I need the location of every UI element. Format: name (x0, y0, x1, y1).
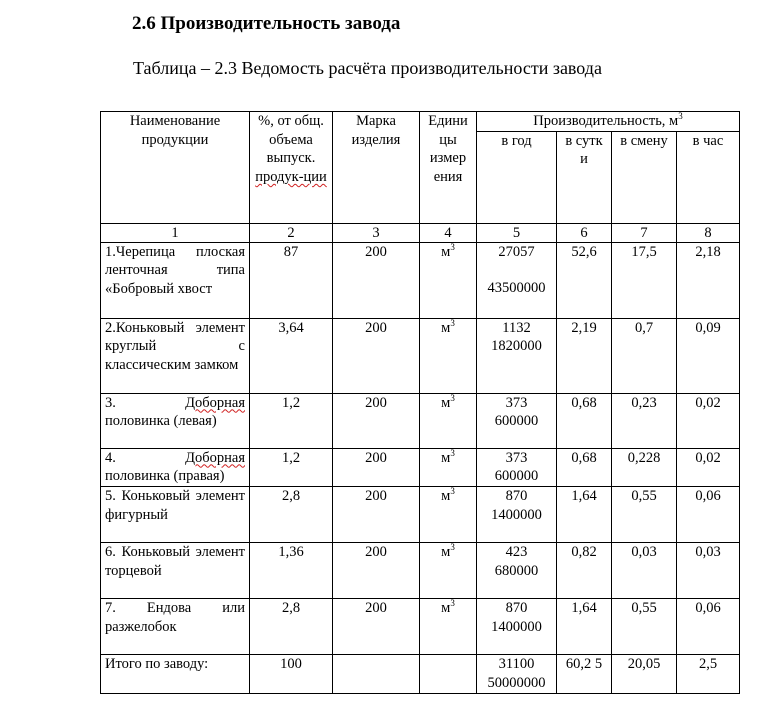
per-year-cell: 373600000 (477, 448, 557, 486)
product-name: 1.Черепица плоская ленточная типа «Бобро… (101, 242, 250, 318)
per-day-cell: 0,68 (557, 393, 612, 448)
column-number: 4 (420, 223, 477, 242)
unit-cell: м3 (420, 543, 477, 599)
table-caption: Таблица – 2.3 Ведомость расчёта производ… (133, 58, 602, 79)
percent-cell: 87 (250, 242, 333, 318)
product-name: 3. Доборная половинка (левая) (101, 393, 250, 448)
unit-cell: м3 (420, 318, 477, 393)
per-year-cell: 8701400000 (477, 599, 557, 655)
header-per-shift: в смену (612, 131, 677, 223)
per-shift-cell: 17,5 (612, 242, 677, 318)
section-heading: 2.6 Производительность завода (132, 13, 400, 35)
percent-cell: 1,2 (250, 393, 333, 448)
table-row: 7. Ендова или разжелобок2,8200м387014000… (101, 599, 740, 655)
per-hour-cell: 0,06 (677, 599, 740, 655)
percent-cell: 3,64 (250, 318, 333, 393)
total-day: 60,2 5 (557, 655, 612, 693)
total-shift: 20,05 (612, 655, 677, 693)
unit-cell: м3 (420, 599, 477, 655)
table-row: 5. Коньковый элемент фигурный2,8200м3870… (101, 487, 740, 543)
brand-cell: 200 (333, 448, 420, 486)
brand-cell: 200 (333, 543, 420, 599)
product-name: 7. Ендова или разжелобок (101, 599, 250, 655)
brand-cell: 200 (333, 599, 420, 655)
brand-cell: 200 (333, 318, 420, 393)
header-units: Едини цы измер ения (420, 112, 477, 224)
per-hour-cell: 0,03 (677, 543, 740, 599)
per-hour-cell: 2,18 (677, 242, 740, 318)
per-shift-cell: 0,228 (612, 448, 677, 486)
header-per-year: в год (477, 131, 557, 223)
per-day-cell: 0,82 (557, 543, 612, 599)
unit-cell: м3 (420, 393, 477, 448)
per-year-cell: 8701400000 (477, 487, 557, 543)
percent-cell: 2,8 (250, 487, 333, 543)
unit-cell: м3 (420, 487, 477, 543)
product-name: 6. Коньковый элемент торцевой (101, 543, 250, 599)
per-hour-cell: 0,02 (677, 393, 740, 448)
per-year-cell: 373600000 (477, 393, 557, 448)
percent-cell: 1,2 (250, 448, 333, 486)
header-productivity: Производительность, м3 (477, 112, 740, 132)
total-hour: 2,5 (677, 655, 740, 693)
per-hour-cell: 0,06 (677, 487, 740, 543)
table-row: 4. Доборная половинка (правая)1,2200м337… (101, 448, 740, 486)
table-row: 6. Коньковый элемент торцевой1,36200м342… (101, 543, 740, 599)
brand-cell: 200 (333, 242, 420, 318)
brand-cell: 200 (333, 393, 420, 448)
brand-cell: 200 (333, 487, 420, 543)
per-shift-cell: 0,7 (612, 318, 677, 393)
total-percent: 100 (250, 655, 333, 693)
per-hour-cell: 0,02 (677, 448, 740, 486)
per-year-cell: 423680000 (477, 543, 557, 599)
total-label: Итого по заводу: (101, 655, 250, 693)
per-shift-cell: 0,55 (612, 487, 677, 543)
percent-cell: 1,36 (250, 543, 333, 599)
per-shift-cell: 0,23 (612, 393, 677, 448)
per-year-cell: 11321820000 (477, 318, 557, 393)
table-row: 1.Черепица плоская ленточная типа «Бобро… (101, 242, 740, 318)
column-number: 2 (250, 223, 333, 242)
header-per-hour: в час (677, 131, 740, 223)
column-number: 7 (612, 223, 677, 242)
column-number: 5 (477, 223, 557, 242)
per-hour-cell: 0,09 (677, 318, 740, 393)
unit-cell: м3 (420, 242, 477, 318)
total-row: Итого по заводу: 100 3110050000000 60,2 … (101, 655, 740, 693)
header-name: Наименование продукции (101, 112, 250, 224)
per-day-cell: 1,64 (557, 599, 612, 655)
column-number: 6 (557, 223, 612, 242)
product-name: 4. Доборная половинка (правая) (101, 448, 250, 486)
table-row: 3. Доборная половинка (левая)1,2200м3373… (101, 393, 740, 448)
column-number: 1 (101, 223, 250, 242)
product-name: 2.Коньковый элемент круглый с классическ… (101, 318, 250, 393)
total-brand (333, 655, 420, 693)
total-year: 3110050000000 (477, 655, 557, 693)
per-day-cell: 2,19 (557, 318, 612, 393)
product-name: 5. Коньковый элемент фигурный (101, 487, 250, 543)
column-number-row: 1 2 3 4 5 6 7 8 (101, 223, 740, 242)
per-day-cell: 52,6 (557, 242, 612, 318)
productivity-table: Наименование продукции %, от общ. объема… (100, 111, 740, 694)
column-number: 8 (677, 223, 740, 242)
total-unit (420, 655, 477, 693)
percent-cell: 2,8 (250, 599, 333, 655)
per-shift-cell: 0,55 (612, 599, 677, 655)
table-row: 2.Коньковый элемент круглый с классическ… (101, 318, 740, 393)
header-per-day: в сутк и (557, 131, 612, 223)
unit-cell: м3 (420, 448, 477, 486)
header-percent: %, от общ. объема выпуск. продук-ции (250, 112, 333, 224)
per-year-cell: 2705743500000 (477, 242, 557, 318)
per-shift-cell: 0,03 (612, 543, 677, 599)
per-day-cell: 0,68 (557, 448, 612, 486)
per-day-cell: 1,64 (557, 487, 612, 543)
column-number: 3 (333, 223, 420, 242)
header-brand: Марка изделия (333, 112, 420, 224)
